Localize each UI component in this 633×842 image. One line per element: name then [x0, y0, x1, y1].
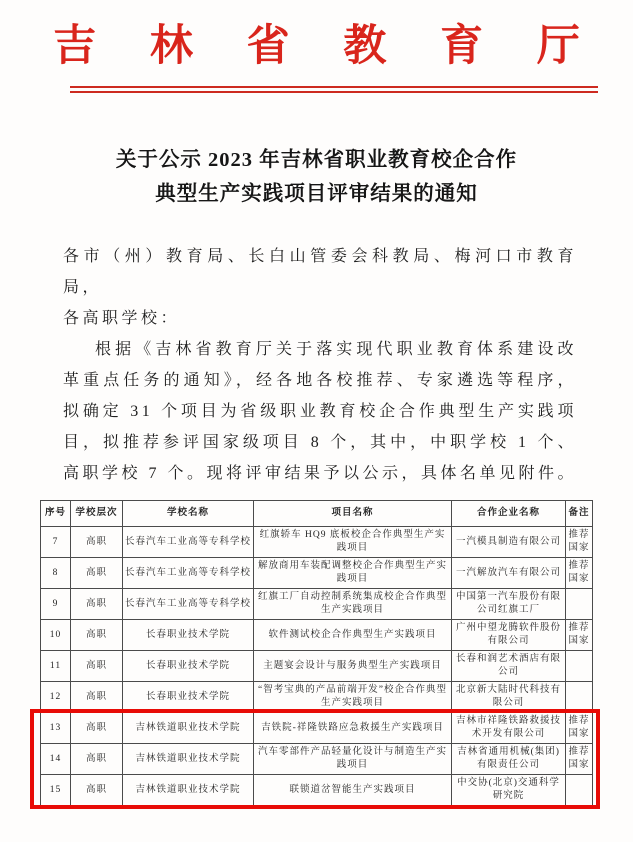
- salutation-line: 各市（州）教育局、长白山管委会科教局、梅河口市教育局，: [63, 241, 577, 303]
- cell-note: [566, 682, 593, 713]
- cell-note: [566, 589, 593, 620]
- table-row: 8高职长春汽车工业高等专科学校解放商用车装配调整校企合作典型生产实践项目一汽解放…: [41, 558, 593, 589]
- document-body: 各市（州）教育局、长白山管委会科教局、梅河口市教育局，各高职学校： 根据《吉林省…: [63, 241, 577, 489]
- cell-school: 长春汽车工业高等专科学校: [123, 589, 254, 620]
- cell-no: 11: [41, 651, 71, 682]
- cell-level: 高职: [71, 651, 123, 682]
- table-row: 7高职长春汽车工业高等专科学校红旗轿车 HQ9 底板校企合作典型生产实践项目一汽…: [41, 527, 593, 558]
- table-row: 10高职长春职业技术学院软件测试校企合作典型生产实践项目广州中望龙腾软件股份有限…: [41, 620, 593, 651]
- cell-project: 红旗工厂自动控制系统集成校企合作典型生产实践项目: [254, 589, 452, 620]
- cell-company: 中交协(北京)交通科学研究院: [452, 775, 566, 806]
- cell-project: 联锁道岔智能生产实践项目: [254, 775, 452, 806]
- cell-no: 9: [41, 589, 71, 620]
- cell-note: 推荐国家: [566, 558, 593, 589]
- cell-level: 高职: [71, 682, 123, 713]
- results-table-wrap: 序号学校层次学校名称项目名称合作企业名称备注 7高职长春汽车工业高等专科学校红旗…: [0, 500, 633, 806]
- cell-note: 推荐国家: [566, 620, 593, 651]
- cell-level: 高职: [71, 527, 123, 558]
- cell-no: 8: [41, 558, 71, 589]
- cell-level: 高职: [71, 713, 123, 744]
- cell-project: 解放商用车装配调整校企合作典型生产实践项目: [254, 558, 452, 589]
- document-title-line2: 典型生产实践项目评审结果的通知: [0, 177, 633, 211]
- cell-level: 高职: [71, 744, 123, 775]
- cell-project: 红旗轿车 HQ9 底板校企合作典型生产实践项目: [254, 527, 452, 558]
- table-row: 11高职长春职业技术学院主题宴会设计与服务典型生产实践项目长春和润艺术酒店有限公…: [41, 651, 593, 682]
- salutation: 各市（州）教育局、长白山管委会科教局、梅河口市教育局，各高职学校：: [63, 241, 577, 334]
- cell-no: 10: [41, 620, 71, 651]
- column-header: 学校层次: [71, 501, 123, 527]
- cell-company: 北京新大陆时代科技有限公司: [452, 682, 566, 713]
- cell-note: [566, 651, 593, 682]
- cell-note: 推荐国家: [566, 527, 593, 558]
- cell-school: 长春职业技术学院: [123, 620, 254, 651]
- cell-school: 长春汽车工业高等专科学校: [123, 558, 254, 589]
- cell-note: 推荐国家: [566, 744, 593, 775]
- cell-level: 高职: [71, 558, 123, 589]
- cell-no: 12: [41, 682, 71, 713]
- column-header: 备注: [566, 501, 593, 527]
- cell-level: 高职: [71, 775, 123, 806]
- cell-note: [566, 775, 593, 806]
- cell-project: “智考宝典的产品前端开发”校企合作典型生产实践项目: [254, 682, 452, 713]
- cell-school: 吉林铁道职业技术学院: [123, 775, 254, 806]
- table-row: 15高职吉林铁道职业技术学院联锁道岔智能生产实践项目中交协(北京)交通科学研究院: [41, 775, 593, 806]
- cell-school: 吉林铁道职业技术学院: [123, 744, 254, 775]
- column-header: 序号: [41, 501, 71, 527]
- table-row: 12高职长春职业技术学院“智考宝典的产品前端开发”校企合作典型生产实践项目北京新…: [41, 682, 593, 713]
- cell-company: 长春和润艺术酒店有限公司: [452, 651, 566, 682]
- cell-company: 一汽解放汽车有限公司: [452, 558, 566, 589]
- cell-project: 汽车零部件产品轻量化设计与制造生产实践项目: [254, 744, 452, 775]
- cell-company: 一汽模具制造有限公司: [452, 527, 566, 558]
- cell-company: 吉林市祥隆铁路救援技术开发有限公司: [452, 713, 566, 744]
- table-row: 9高职长春汽车工业高等专科学校红旗工厂自动控制系统集成校企合作典型生产实践项目中…: [41, 589, 593, 620]
- cell-no: 15: [41, 775, 71, 806]
- results-table: 序号学校层次学校名称项目名称合作企业名称备注 7高职长春汽车工业高等专科学校红旗…: [40, 500, 593, 806]
- cell-company: 广州中望龙腾软件股份有限公司: [452, 620, 566, 651]
- letterhead-divider-line: [70, 86, 598, 93]
- cell-no: 14: [41, 744, 71, 775]
- column-header: 合作企业名称: [452, 501, 566, 527]
- cell-school: 吉林铁道职业技术学院: [123, 713, 254, 744]
- cell-company: 吉林省通用机械(集团)有限责任公司: [452, 744, 566, 775]
- salutation-line: 各高职学校：: [63, 303, 577, 334]
- cell-project: 主题宴会设计与服务典型生产实践项目: [254, 651, 452, 682]
- cell-no: 13: [41, 713, 71, 744]
- document-title: 关于公示 2023 年吉林省职业教育校企合作 典型生产实践项目评审结果的通知: [0, 143, 633, 211]
- document-title-line1: 关于公示 2023 年吉林省职业教育校企合作: [0, 143, 633, 177]
- cell-school: 长春职业技术学院: [123, 682, 254, 713]
- document-page: 吉 林 省 教 育 厅 关于公示 2023 年吉林省职业教育校企合作 典型生产实…: [0, 0, 633, 842]
- cell-company: 中国第一汽车股份有限公司红旗工厂: [452, 589, 566, 620]
- cell-project: 软件测试校企合作典型生产实践项目: [254, 620, 452, 651]
- cell-school: 长春汽车工业高等专科学校: [123, 527, 254, 558]
- column-header: 项目名称: [254, 501, 452, 527]
- cell-level: 高职: [71, 620, 123, 651]
- cell-no: 7: [41, 527, 71, 558]
- table-row: 14高职吉林铁道职业技术学院汽车零部件产品轻量化设计与制造生产实践项目吉林省通用…: [41, 744, 593, 775]
- cell-school: 长春职业技术学院: [123, 651, 254, 682]
- table-header-row: 序号学校层次学校名称项目名称合作企业名称备注: [41, 501, 593, 527]
- cell-level: 高职: [71, 589, 123, 620]
- cell-note: 推荐国家: [566, 713, 593, 744]
- letterhead-agency-title: 吉 林 省 教 育 厅: [0, 0, 633, 74]
- table-row: 13高职吉林铁道职业技术学院吉铁院-祥隆铁路应急救援生产实践项目吉林市祥隆铁路救…: [41, 713, 593, 744]
- column-header: 学校名称: [123, 501, 254, 527]
- cell-project: 吉铁院-祥隆铁路应急救援生产实践项目: [254, 713, 452, 744]
- body-paragraph: 根据《吉林省教育厅关于落实现代职业教育体系建设改革重点任务的通知》，经各地各校推…: [63, 334, 577, 489]
